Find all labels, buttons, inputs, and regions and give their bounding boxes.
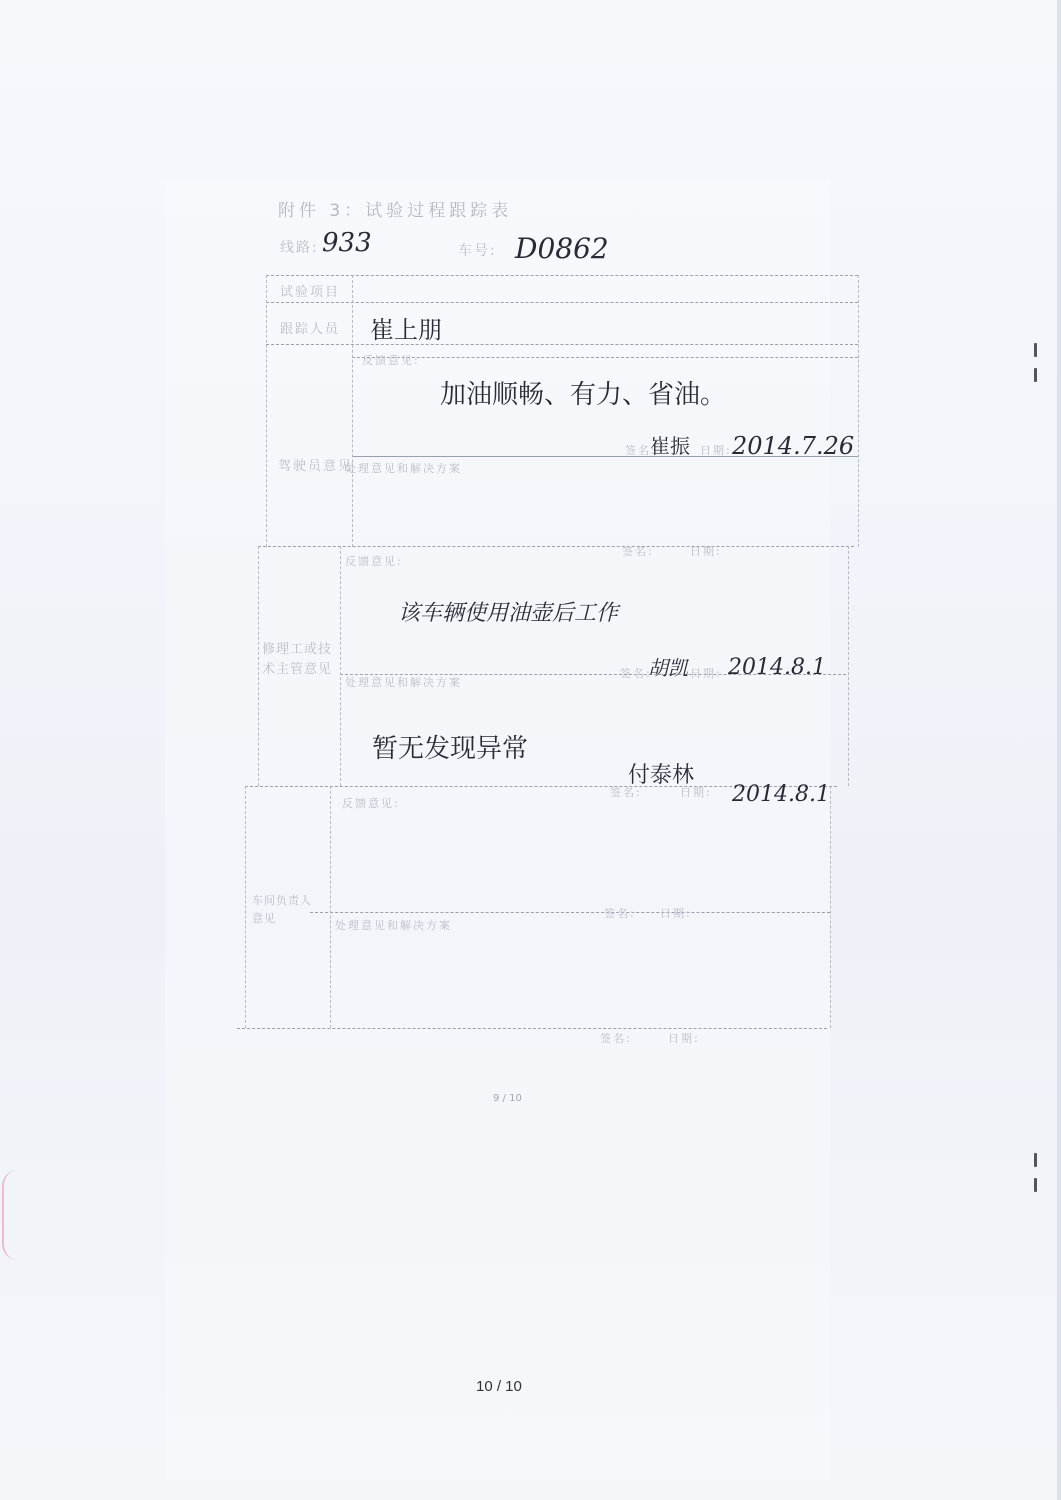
table-line [258,546,259,786]
red-pen-mark [2,1170,18,1260]
tracker-value: 崔上朋 [370,310,442,345]
table-line [258,546,854,547]
manager-date-label: 日期: [660,905,692,921]
repair-signature: 胡凯 [648,652,688,681]
table-line [352,357,858,358]
driver-handling-date-label: 日期: [690,543,722,559]
repair-handling-date: 2014.8.1 [732,782,830,807]
driver-signature: 崔振 [650,430,690,459]
repair-handling-label: 处理意见和解决方案 [345,674,462,690]
table-line [237,1028,827,1029]
vehicle-label: 车号: [458,240,497,260]
manager-handling-label: 处理意见和解决方案 [335,917,452,933]
repair-handling-text: 暂无发现异常 [372,728,528,765]
driver-feedback-label: 反馈意见: [362,352,420,368]
table-line [266,275,267,547]
staple-bottom-a [1034,1153,1037,1167]
inner-page-number: 9 / 10 [493,1093,522,1104]
staple-bottom-b [1034,1178,1037,1192]
table-line [266,275,858,276]
driver-handling-label: 处理意见和解决方案 [345,460,462,476]
table-line [266,302,858,303]
repair-feedback-label: 反馈意见: [345,553,403,569]
driver-date-label: 日期: [700,442,732,458]
manager-feedback-label: 反馈意见: [342,795,400,811]
staple-top-a [1034,343,1037,357]
staple-top-b [1034,368,1037,382]
repair-feedback-text: 该车辆使用油壶后工作 [398,596,618,627]
route-value: 933 [322,228,372,258]
repair-sign-label: 签名: [620,665,652,681]
page-edge [1057,0,1061,1500]
vehicle-value: D0862 [515,232,609,265]
driver-handling-sign-label: 签名: [622,543,654,559]
driver-section-label: 驾驶员意见 [278,455,353,474]
table-line [352,275,353,547]
driver-feedback-text: 加油顺畅、有力、省油。 [440,374,726,411]
manager-handling-date-label: 日期: [668,1030,700,1046]
table-line [310,912,830,913]
table-line [830,786,831,1028]
route-label: 线路: [280,237,319,257]
driver-date: 2014.7.26 [732,432,854,460]
repair-section-label: 修理工或技术主管意见 [262,640,332,680]
table-line [266,344,858,345]
repair-handling-sign-label: 签名: [610,784,642,800]
table-line [245,786,246,1028]
table-line [330,786,331,1028]
table-line [858,275,859,547]
repair-date-label: 日期: [690,665,722,681]
manager-sign-label: 签名: [604,905,636,921]
repair-date: 2014.8.1 [728,655,826,680]
document-title: 附件 3：试验过程跟踪表 [278,196,512,221]
outer-page-number: 10 / 10 [476,1378,522,1395]
test-item-label: 试验项目 [280,281,340,300]
table-line [340,546,341,786]
tracker-label: 跟踪人员 [280,318,340,337]
table-line [848,546,849,786]
manager-section-label: 车间负责人意见 [252,892,322,928]
repair-handling-date-label: 日期: [680,784,712,800]
manager-handling-sign-label: 签名: [600,1030,632,1046]
